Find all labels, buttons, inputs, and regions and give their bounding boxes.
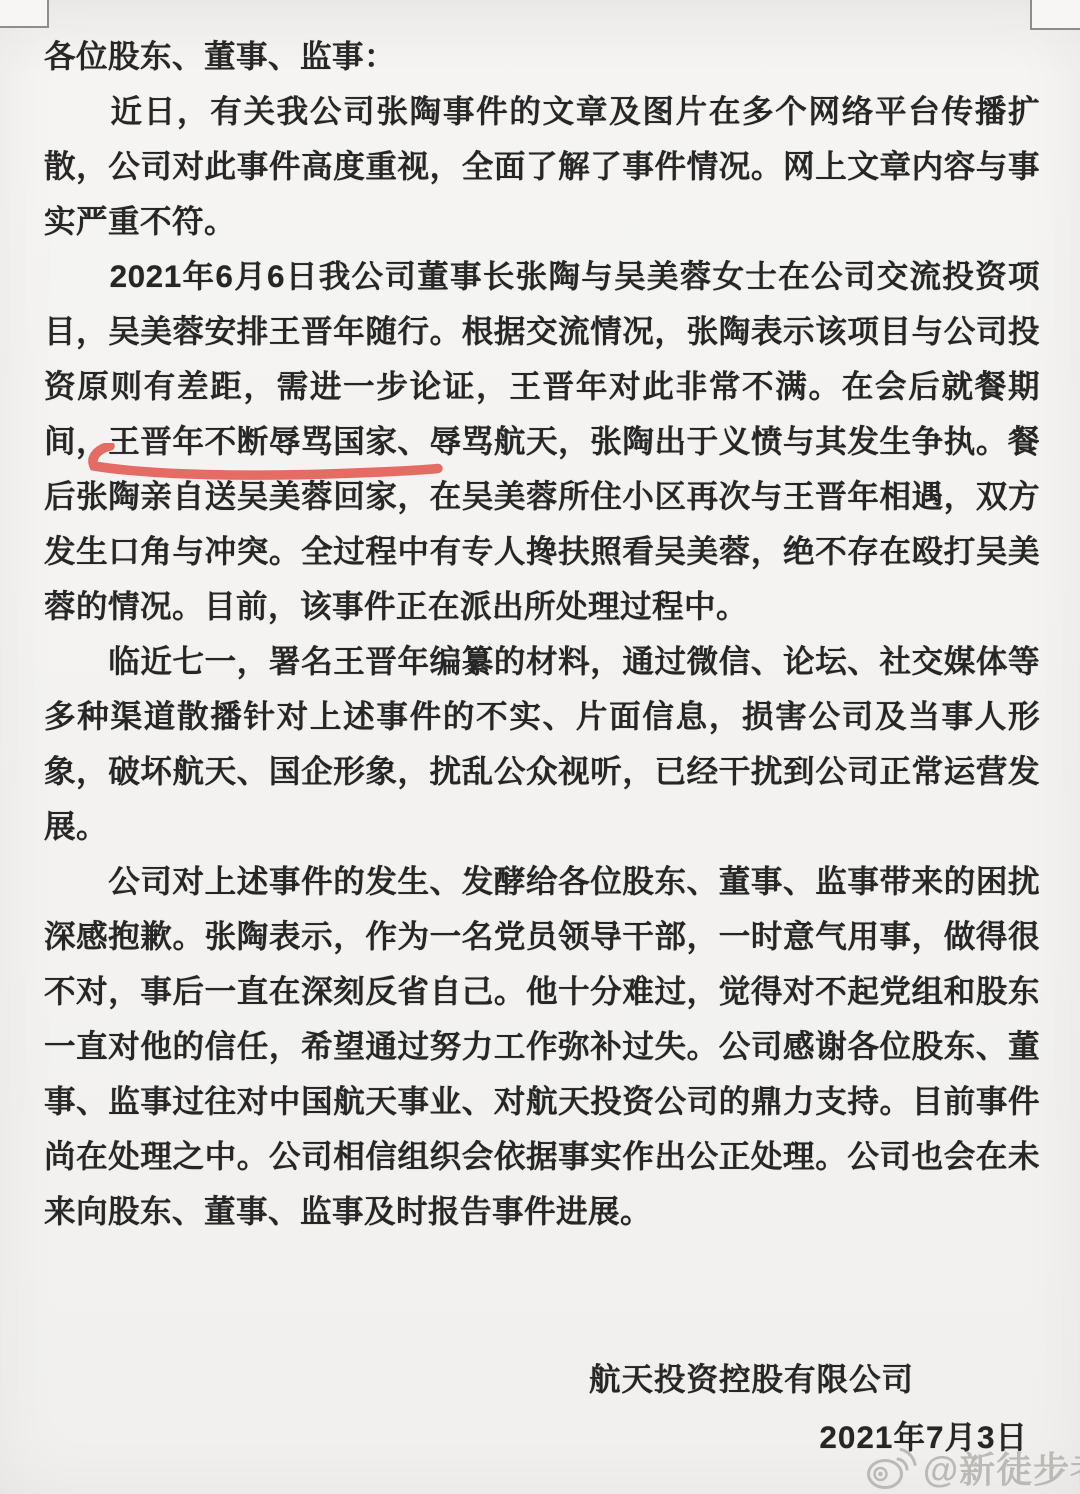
text-line: 临近七一，署名王晋年编纂的材料，通过微信、论坛、社交媒体等 (44, 634, 1040, 689)
watermark: @新徒步者 (864, 1442, 1080, 1493)
text-line: 不对，事后一直在深刻反省自己。他十分难过，觉得对不起党组和股东 (44, 964, 1040, 1019)
watermark-text: @新徒步者 (923, 1442, 1080, 1493)
page-corner-mark-left (0, 0, 49, 28)
text-line: 目，吴美蓉安排王晋年随行。根据交流情况，张陶表示该项目与公司投 (44, 304, 1040, 359)
text-line: 蓉的情况。目前，该事件正在派出所处理过程中。 (44, 579, 1040, 634)
text-line: 近日，有关我公司张陶事件的文章及图片在多个网络平台传播扩 (44, 84, 1040, 139)
text-line: 实严重不符。 (44, 194, 1040, 249)
text-line: 后张陶亲自送吴美蓉回家，在吴美蓉所住小区再次与王晋年相遇，双方 (44, 469, 1040, 524)
text-line: 展。 (44, 799, 1040, 854)
text-line: 发生口角与冲突。全过程中有专人搀扶照看吴美蓉，绝不存在殴打吴美 (44, 524, 1040, 579)
text-line: 各位股东、董事、监事： (44, 29, 1040, 84)
document-page: 各位股东、董事、监事： 近日，有关我公司张陶事件的文章及图片在多个网络平台传播扩… (0, 0, 1080, 1494)
page-corner-mark-right (1030, 0, 1080, 30)
text-line: 间，王晋年不断辱骂国家、辱骂航天，张陶出于义愤与其发生争执。餐 (44, 414, 1040, 469)
text-line: 公司对上述事件的发生、发酵给各位股东、董事、监事带来的困扰 (44, 854, 1040, 909)
text-line: 象，破坏航天、国企形象，扰乱公众视听，已经干扰到公司正常运营发 (44, 744, 1040, 799)
text-line: 资原则有差距，需进一步论证，王晋年对此非常不满。在会后就餐期 (44, 359, 1040, 414)
text-line: 2021年6月6日我公司董事长张陶与吴美蓉女士在公司交流投资项 (44, 249, 1040, 304)
letter-body: 各位股东、董事、监事： 近日，有关我公司张陶事件的文章及图片在多个网络平台传播扩… (44, 29, 1040, 1239)
text-line: 散，公司对此事件高度重视，全面了解了事件情况。网上文章内容与事 (44, 139, 1040, 194)
text-line: 多种渠道散播针对上述事件的不实、片面信息，损害公司及当事人形 (44, 689, 1040, 744)
text-line: 来向股东、董事、监事及时报告事件进展。 (44, 1184, 1040, 1239)
text-line: 一直对他的信任，希望通过努力工作弥补过失。公司感谢各位股东、董 (44, 1019, 1040, 1074)
weibo-icon (864, 1445, 918, 1491)
text-line: 事、监事过往对中国航天事业、对航天投资公司的鼎力支持。目前事件 (44, 1074, 1040, 1129)
text-line: 尚在处理之中。公司相信组织会依据事实作出公正处理。公司也会在未 (44, 1129, 1040, 1184)
signature-company: 航天投资控股有限公司 (44, 1352, 1040, 1407)
text-line: 深感抱歉。张陶表示，作为一名党员领导干部，一时意气用事，做得很 (44, 909, 1040, 964)
